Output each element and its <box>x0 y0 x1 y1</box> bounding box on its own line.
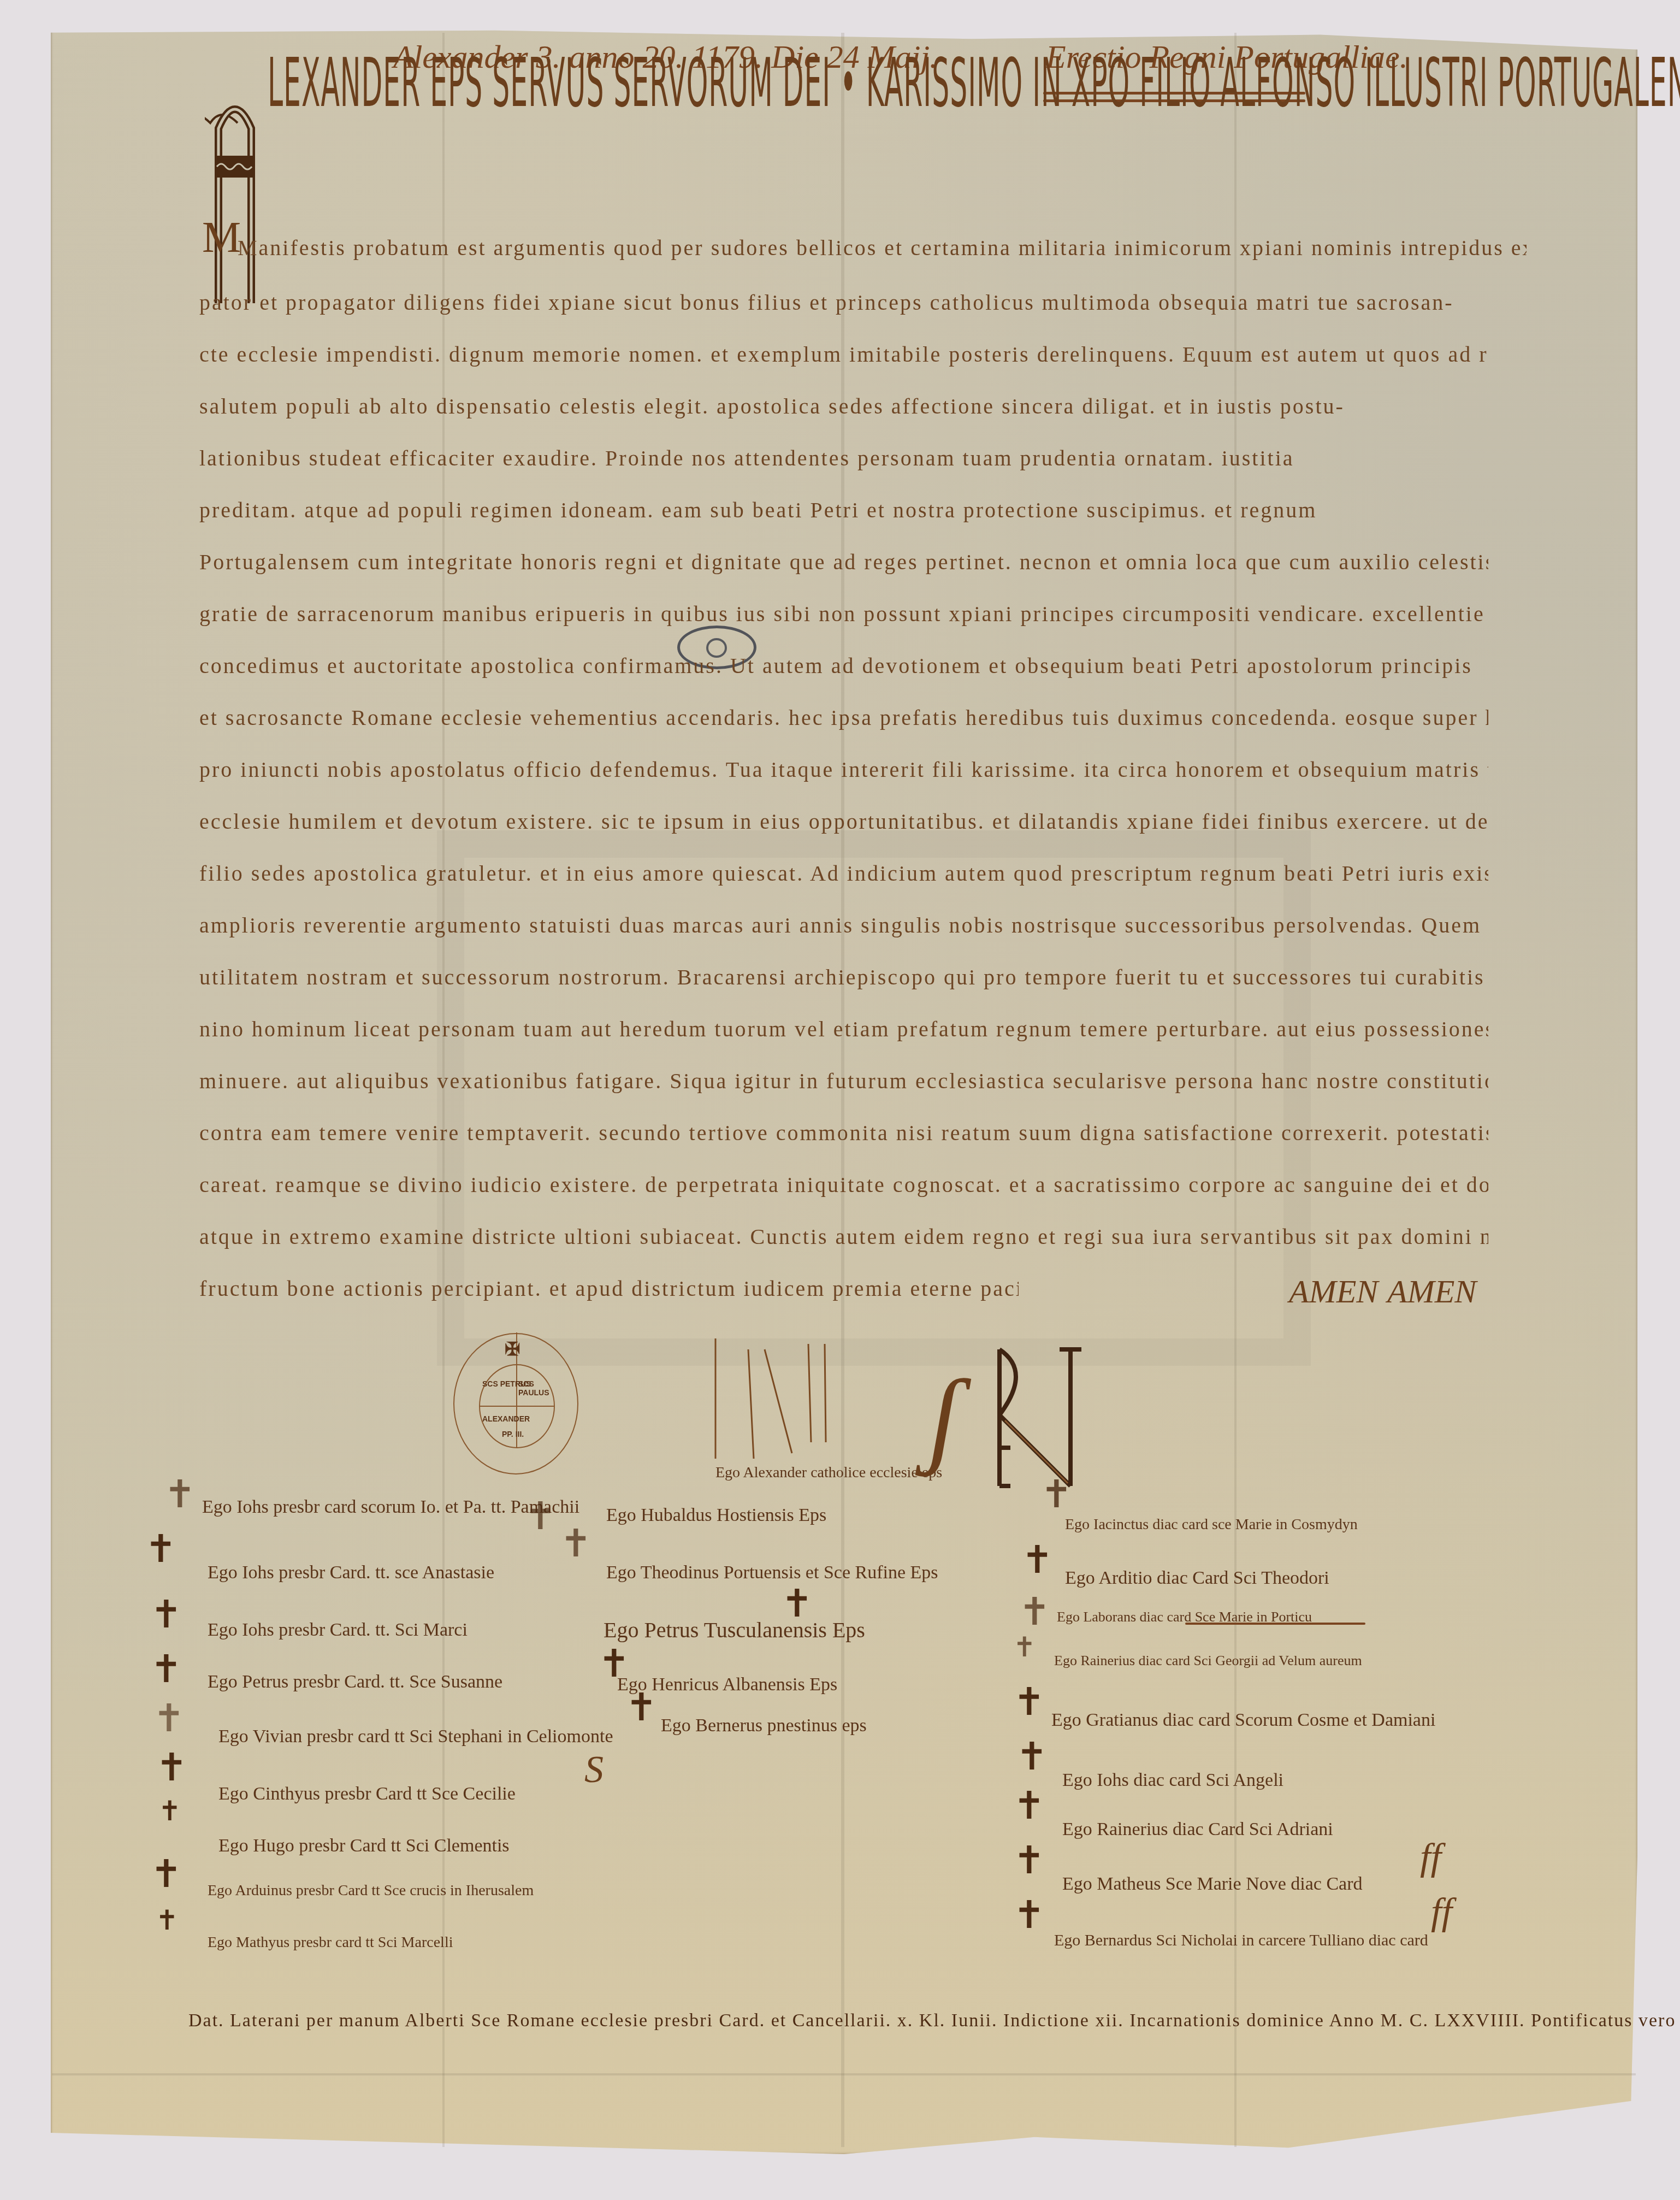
cross-icon: ✝ <box>1016 1737 1048 1776</box>
subscription-cardinal: Ego Iohs presbr Card. tt. sce Anastasie <box>208 1562 494 1583</box>
body-line: pator et propagator diligens fidei xpian… <box>199 290 1488 341</box>
rota-cross-icon: ✠ <box>505 1338 520 1360</box>
cross-icon: ✝ <box>150 1595 182 1633</box>
subscription-cardinal: Ego Cinthyus presbr Card tt Sce Cecilie <box>218 1784 516 1804</box>
subscription-deacon: Ego Rainerius diac card Sci Georgii ad V… <box>1054 1653 1362 1669</box>
cross-icon: ✝ <box>156 1748 188 1786</box>
cross-icon: ✝ <box>164 1475 196 1513</box>
subscription-deacon: Ego Iohs diac card Sci Angeli <box>1062 1770 1283 1791</box>
body-line: lationibus studeat efficaciter exaudire.… <box>199 445 1488 497</box>
body-line-text: utilitatem nostram et successorum nostro… <box>199 965 1488 989</box>
body-line-text: filio sedes apostolica gratuletur. et in… <box>199 861 1488 886</box>
subscription-cardinal: Ego Arduinus presbr Card tt Sce crucis i… <box>208 1882 534 1900</box>
cross-icon: ✝ <box>1013 1896 1045 1934</box>
body-line: cte ecclesie impendisti. dignum memorie … <box>199 341 1488 393</box>
benevalete-side-sign: ʃ <box>928 1355 960 1480</box>
subscription-deacon: Ego Bernardus Sci Nicholai in carcere Tu… <box>1054 1931 1428 1950</box>
flourish-underline <box>1185 1623 1365 1625</box>
cross-icon: ✝ <box>1013 1633 1036 1661</box>
body-line-text: preditam. atque ad populi regimen idonea… <box>199 498 1317 522</box>
body-line-text: gratie de sarracenorum manibus eripueris… <box>199 601 1488 626</box>
body-line-text: Portugalensem cum integritate honoris re… <box>199 550 1488 574</box>
body-line: nino hominum liceat personam tuam aut he… <box>199 1016 1488 1067</box>
subscription-bishop: Ego Hubaldus Hostiensis Eps <box>606 1505 826 1526</box>
rota-quadrant-alexander: ALEXANDER <box>482 1414 530 1423</box>
cross-icon: ✝ <box>145 1530 177 1568</box>
rota-quadrant-paulus: SCS PAULUS <box>518 1379 554 1397</box>
elongated-ego-strokes <box>710 1333 847 1464</box>
subscription-cardinal: Ego Iohs presbr Card. tt. Sci Marci <box>208 1620 468 1641</box>
subscription-deacon: Ego Iacinctus diac card sce Marie in Cos… <box>1065 1516 1358 1533</box>
body-line: fructum bone actionis percipiant. et apu… <box>199 1276 1019 1327</box>
body-line-text: atque in extremo examine districte ultio… <box>199 1224 1488 1249</box>
body-line-text: cte ecclesie impendisti. dignum memorie … <box>199 342 1488 367</box>
protocol-elongated-line: LEXANDER EPS SERVUS SERVORUM DEI • KARIS… <box>268 45 1680 123</box>
subscription-bishop: Ego Bernerus pnestinus eps <box>661 1715 867 1736</box>
cross-icon: ✝ <box>150 1650 182 1688</box>
body-line: utilitatem nostram et successorum nostro… <box>199 964 1488 1016</box>
subscription-deacon: Ego Rainerius diac Card Sci Adriani <box>1062 1819 1333 1840</box>
rota-inner-circle: SCS PETRUS SCS PAULUS ALEXANDER PP. III. <box>479 1364 555 1448</box>
subscription-cardinal: Ego Hugo presbr Card tt Sci Clementis <box>218 1836 510 1856</box>
cross-icon: ✝ <box>1013 1841 1045 1879</box>
subscription-deacon: Ego Gratianus diac card Scorum Cosme et … <box>1051 1710 1435 1731</box>
amen-amen-sign: AMEN <box>1289 1273 1378 1311</box>
body-line: ecclesie humilem et devotum existere. si… <box>199 809 1488 860</box>
body-line-text: salutem populi ab alto dispensatio celes… <box>199 394 1345 418</box>
initial-m-manifestis: M <box>202 213 241 263</box>
body-line: atque in extremo examine districte ultio… <box>199 1224 1488 1275</box>
body-line: minuere. aut aliquibus vexationibus fati… <box>199 1068 1488 1119</box>
flourish-sign: ff <box>1431 1890 1452 1934</box>
body-line-text: ecclesie humilem et devotum existere. si… <box>199 809 1488 834</box>
body-line: Portugalensem cum integritate honoris re… <box>199 549 1488 600</box>
cross-icon: ✝ <box>158 1797 181 1825</box>
body-line-text: pro iniuncti nobis apostolatus officio d… <box>199 757 1488 782</box>
amen-amen-sign-2: AMEN <box>1387 1273 1476 1311</box>
body-line: et sacrosancte Romane ecclesie vehementi… <box>199 705 1488 756</box>
subscription-bishop: Ego Petrus Tusculanensis Eps <box>604 1617 865 1643</box>
body-line-text: lationibus studeat efficaciter exaudire.… <box>199 446 1294 470</box>
cross-icon: ✝ <box>560 1524 592 1562</box>
subscription-cardinal: Ego Iohs presbr card scorum Io. et Pa. t… <box>202 1497 579 1518</box>
body-line-text: careat. reamque se divino iudicio existe… <box>199 1172 1488 1197</box>
cross-icon: ✝ <box>1013 1683 1045 1721</box>
body-line-text: minuere. aut aliquibus vexationibus fati… <box>199 1069 1488 1093</box>
body-line-text: contra eam temere venire temptaverit. se… <box>199 1120 1488 1145</box>
cross-icon: ✝ <box>524 1497 557 1535</box>
flourish-sign: S <box>584 1748 604 1792</box>
body-line: salutem populi ab alto dispensatio celes… <box>199 393 1488 445</box>
body-line-text: Manifestis probatum est argumentis quod … <box>238 235 1527 260</box>
body-line: gratie de sarracenorum manibus eripueris… <box>199 601 1488 652</box>
datum-line: Dat. Laterani per manum Alberti Sce Roma… <box>188 2010 1680 2031</box>
cross-icon: ✝ <box>150 1855 182 1893</box>
cross-icon: ✝ <box>1040 1475 1073 1513</box>
subscription-bishop: Ego Theodinus Portuensis et Sce Rufine E… <box>606 1562 938 1583</box>
body-line-text: pator et propagator diligens fidei xpian… <box>199 290 1454 315</box>
body-line: filio sedes apostolica gratuletur. et in… <box>199 860 1488 912</box>
rota-seal: SCS PETRUS SCS PAULUS ALEXANDER PP. III.… <box>453 1333 578 1474</box>
flourish-sign: ff <box>1420 1836 1441 1879</box>
body-line-text: amplioris reverentie argumento statuisti… <box>199 913 1488 937</box>
body-line-text: concedimus et auctoritate apostolica con… <box>199 653 1472 678</box>
body-line-text: et sacrosancte Romane ecclesie vehementi… <box>199 705 1488 730</box>
cross-icon: ✝ <box>1021 1541 1054 1579</box>
subscription-deacon: Ego Arditio diac Card Sci Theodori <box>1065 1568 1329 1589</box>
cross-icon: ✝ <box>625 1688 658 1726</box>
cross-icon: ✝ <box>1019 1593 1051 1631</box>
body-line: careat. reamque se divino iudicio existe… <box>199 1172 1488 1223</box>
fold-line-horizontal <box>52 2073 1636 2075</box>
body-line: pro iniuncti nobis apostolatus officio d… <box>199 757 1488 808</box>
subscription-cardinal: Ego Petrus presbr Card. tt. Sce Susanne <box>208 1672 502 1692</box>
body-line: preditam. atque ad populi regimen idonea… <box>199 497 1488 548</box>
pope-subscription-text: Ego Alexander catholice ecclesie eps <box>715 1464 942 1482</box>
pope-subscription-ego: Ego Alexander catholice ecclesie eps <box>710 1333 847 1497</box>
body-line: amplioris reverentie argumento statuisti… <box>199 912 1488 964</box>
body-line: concedimus et auctoritate apostolica con… <box>199 653 1488 704</box>
subscription-deacon: Ego Matheus Sce Marie Nove diac Card <box>1062 1874 1363 1895</box>
cross-icon: ✝ <box>1013 1786 1045 1825</box>
subscription-cardinal: Ego Vivian presbr card tt Sci Stephani i… <box>218 1726 613 1747</box>
body-line: Manifestis probatum est argumentis quod … <box>238 235 1527 286</box>
body-line-text: fructum bone actionis percipiant. et apu… <box>199 1276 1019 1301</box>
subscription-cardinal: Ego Mathyus presbr card tt Sci Marcelli <box>208 1934 453 1951</box>
body-line-text: nino hominum liceat personam tuam aut he… <box>199 1017 1488 1041</box>
cross-icon: ✝ <box>156 1907 179 1934</box>
body-line: contra eam temere venire temptaverit. se… <box>199 1120 1488 1171</box>
cross-icon: ✝ <box>153 1699 185 1737</box>
rota-quadrant-pp: PP. III. <box>502 1430 524 1438</box>
